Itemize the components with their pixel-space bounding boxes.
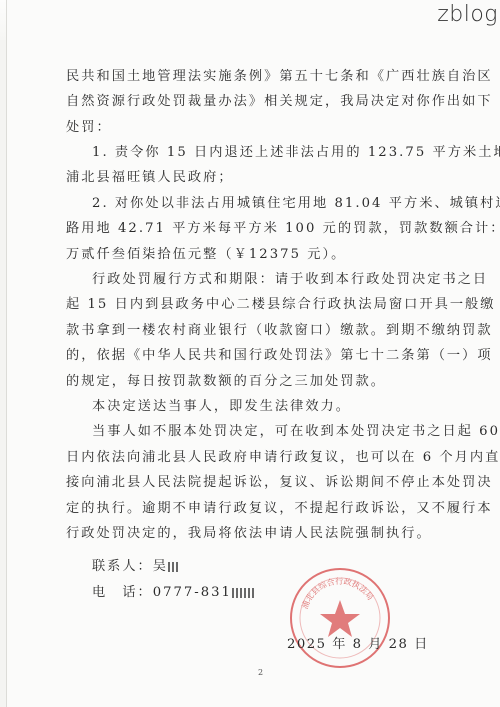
body-line: 路用地 42.71 平方米每平方米 100 元的罚款，罚款数额合计：壹 [66,220,444,238]
official-seal: 浦北县综合行政执法局 [290,568,390,668]
body-line: 款书拿到一楼农村商业银行（收款窗口）缴款。到期不缴纳罚款 [66,322,444,340]
body-line: 的，依据《中华人民共和国行政处罚法》第七十二条第（一）项 [66,347,444,365]
signature-date: 2025 年 8 月 28 日 [287,633,429,652]
body-line: 起 15 日内到县政务中心二楼县综合行政执法局窗口开具一般缴 [66,296,444,314]
penalty-item-1: 1. 责令你 15 日内退还上述非法占用的 123.75 平方米土地给 [92,144,444,162]
body-line: 定的执行。逾期不申请行政复议，不提起行政诉讼，又不履行本 [66,500,444,518]
fine-amount: 万贰仟叁佰柒拾伍元整（￥12375 元）。 [66,246,444,264]
appeal-paragraph: 当事人如不服本处罚决定，可在收到本处罚决定书之日起 60 [92,423,444,441]
body-line: 民共和国土地管理法实施条例》第五十七条和《广西壮族自治区 [66,68,444,86]
watermark: zblog [437,2,498,27]
payment-paragraph: 行政处罚履行方式和期限：请于收到本行政处罚决定书之日 [92,271,444,289]
contact-phone-value: 0777-831 [153,585,232,600]
body-line: 的规定，每日按罚款数额的百分之三加处罚款。 [66,373,444,391]
body-line: 接向浦北县人民法院提起诉讼，复议、诉讼期间不停止本处罚决 [66,474,444,492]
contact-person-label: 联系人： [92,559,153,574]
redaction-mark [232,588,254,598]
contact-person: 联系人：吴 [92,555,178,574]
contact-person-value: 吴 [153,559,168,574]
penalty-item-2: 2. 对你处以非法占用城镇住宅用地 81.04 平方米、城镇村道 [92,195,444,213]
body-line: 行政处罚决定的，我局将依法申请人民法院强制执行。 [66,525,444,543]
contact-phone-label: 电 话： [92,585,153,600]
page-number: 2 [258,668,263,677]
redaction-mark [168,562,178,572]
contact-phone: 电 话：0777-831 [92,581,254,600]
body-line: 处罚： [66,119,444,137]
body-line: 浦北县福旺镇人民政府； [66,169,444,187]
body-line: 日内依法向浦北县人民政府申请行政复议，也可以在 6 个月内直 [66,449,444,467]
svg-text:浦北县综合行政执法局: 浦北县综合行政执法局 [299,576,375,610]
body-line: 自然资源行政处罚裁量办法》相关规定，我局决定对你作出如下 [66,93,444,111]
effect-paragraph: 本决定送达当事人，即发生法律效力。 [92,398,444,416]
seal-text: 浦北县综合行政执法局 [299,576,375,610]
